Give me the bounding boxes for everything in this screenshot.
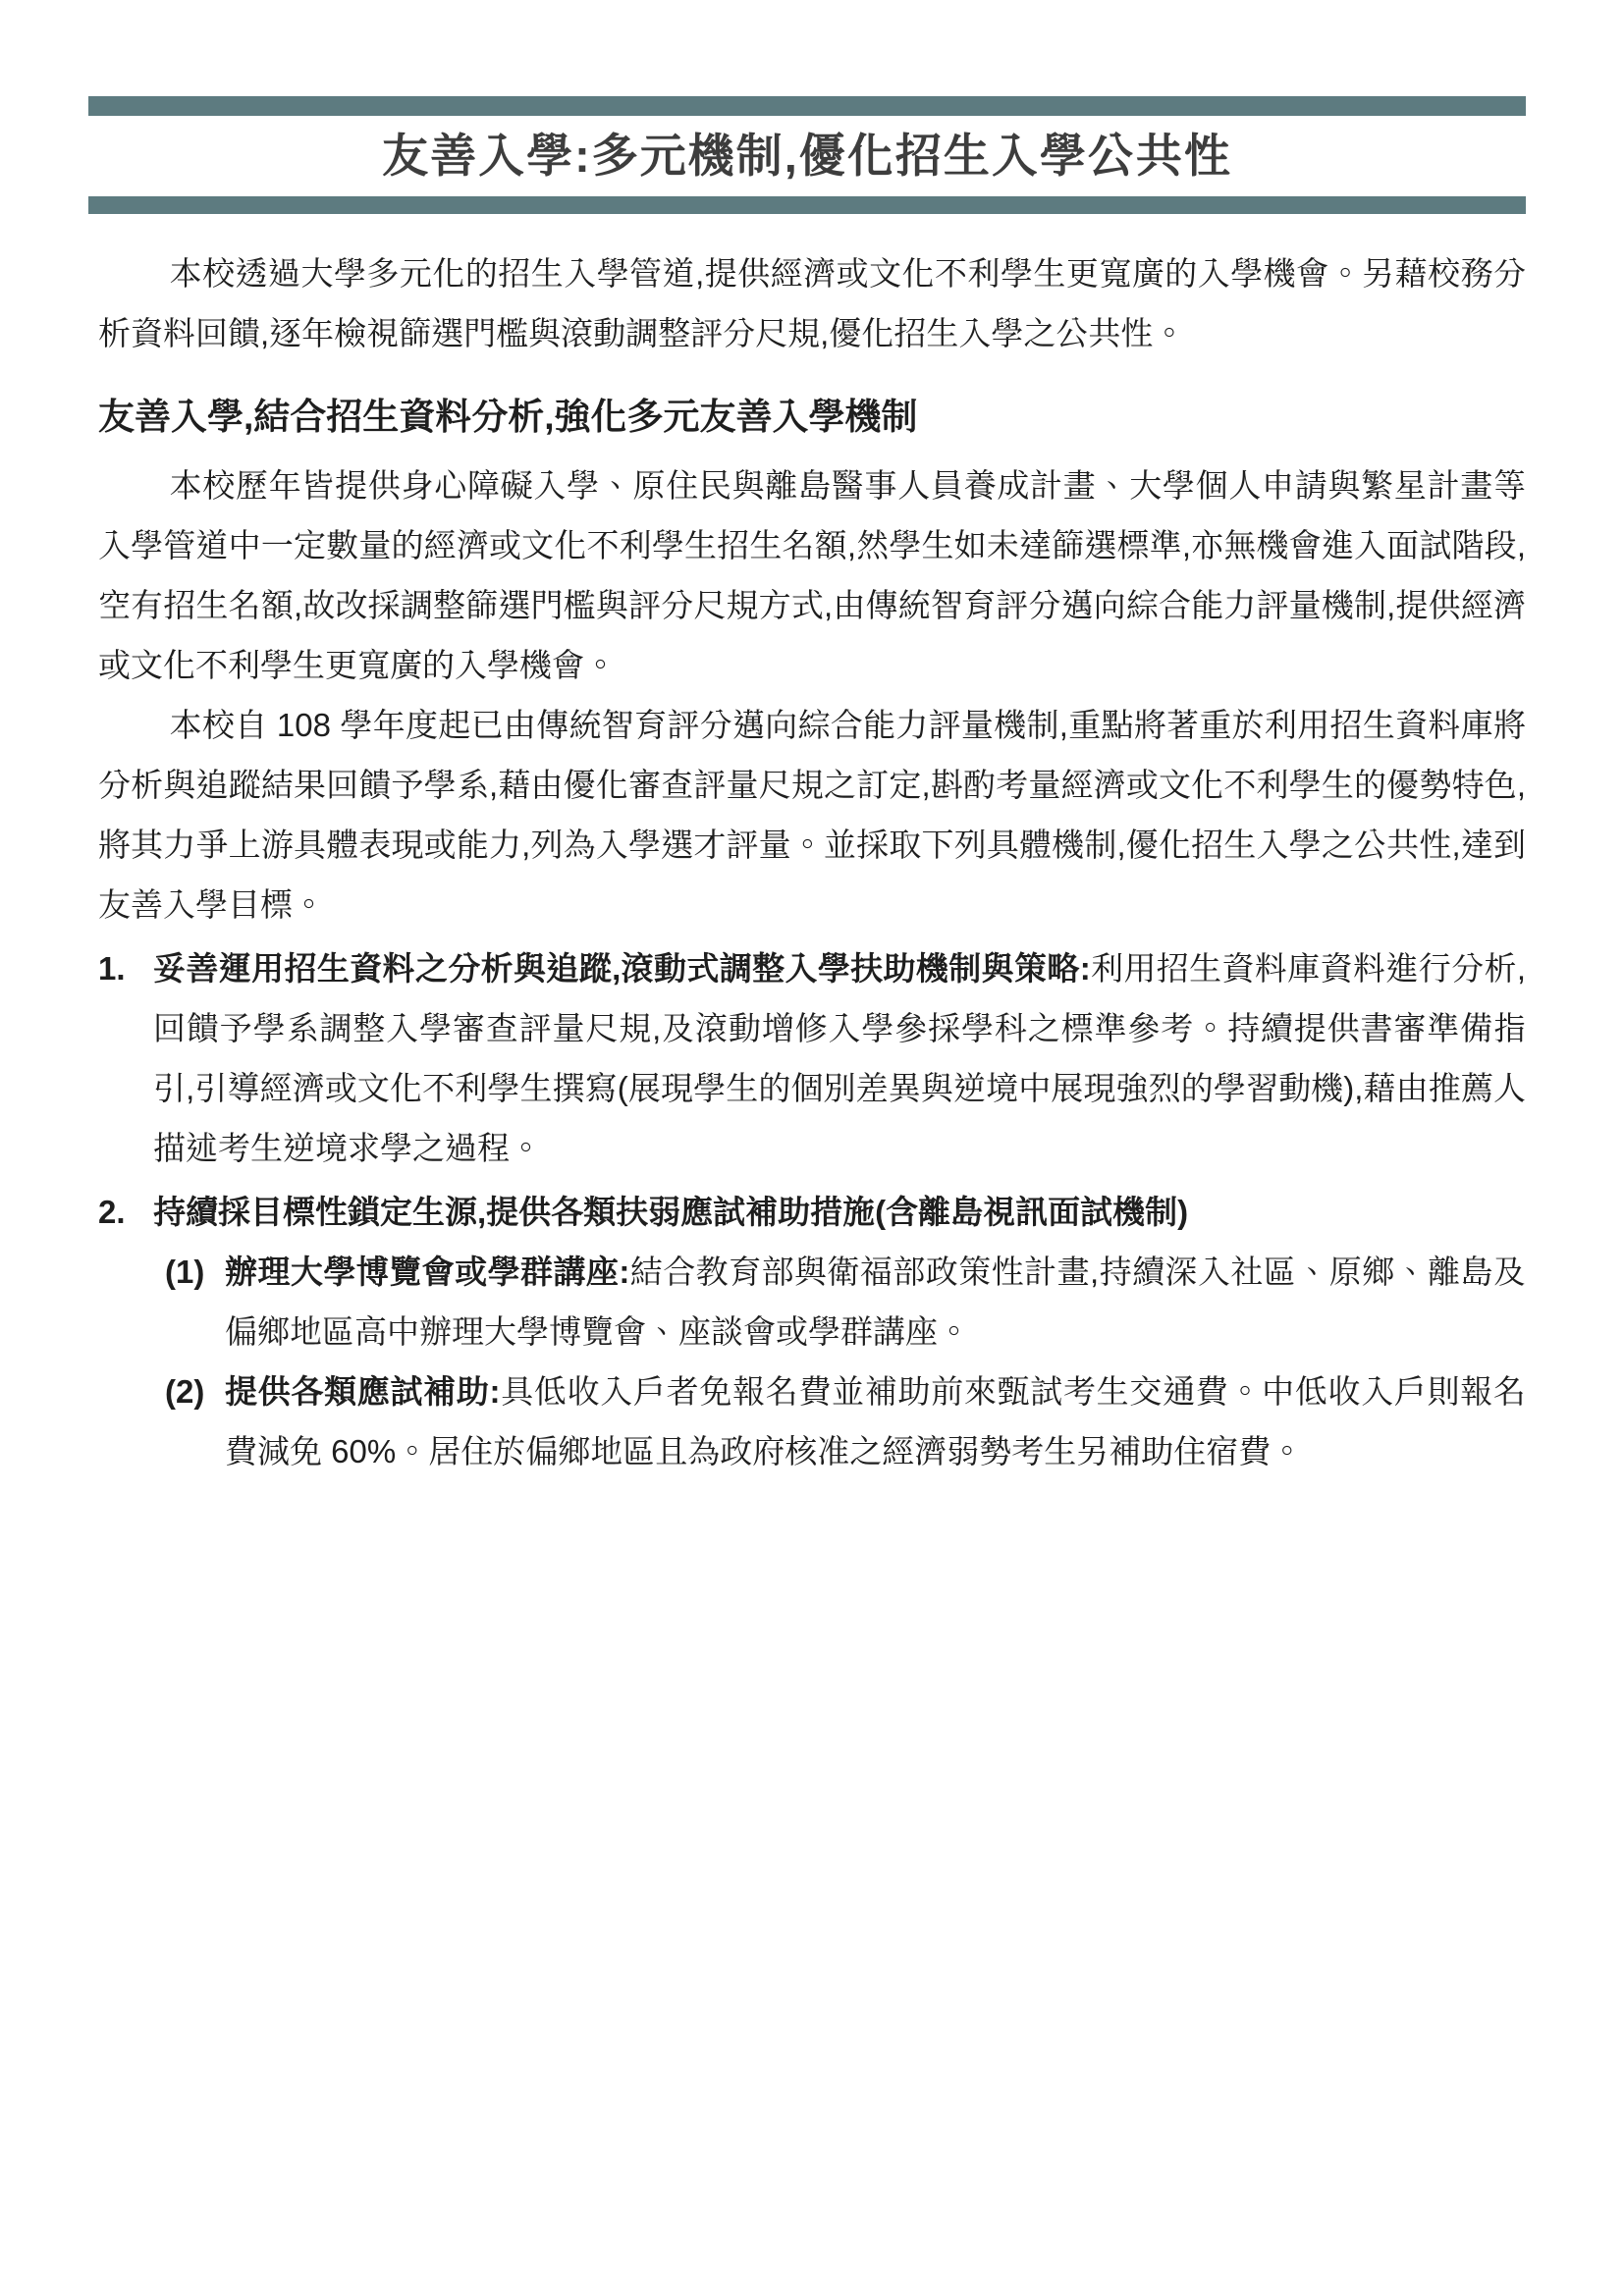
document-body: 本校透過大學多元化的招生入學管道,提供經濟或文化不利學生更寬廣的入學機會。另藉校… xyxy=(98,214,1526,1481)
sub-item-2: (2) 提供各類應試補助:具低收入戶者免報名費並補助前來甄試考生交通費。中低收入… xyxy=(98,1362,1526,1481)
section-paragraph-2: 本校自 108 學年度起已由傳統智育評分邁向綜合能力評量機制,重點將著重於利用招… xyxy=(98,695,1526,934)
page-title: 友善入學:多元機制,優化招生入學公共性 xyxy=(88,116,1526,196)
section-paragraph-1: 本校歷年皆提供身心障礙入學、原住民與離島醫事人員養成計畫、大學個人申請與繁星計畫… xyxy=(98,455,1526,695)
sub-item-1-number: (1) xyxy=(165,1242,204,1302)
section-heading: 友善入學,結合招生資料分析,強化多元友善入學機制 xyxy=(98,385,1526,450)
list-item-2: 2. 持續採目標性鎖定生源,提供各類扶弱應試補助措施(含離島視訊面試機制) xyxy=(98,1182,1526,1242)
sub-item-2-number: (2) xyxy=(165,1362,204,1421)
list-item-2-lead: 持續採目標性鎖定生源,提供各類扶弱應試補助措施(含離島視訊面試機制) xyxy=(153,1194,1188,1230)
title-banner: 友善入學:多元機制,優化招生入學公共性 xyxy=(88,96,1526,214)
list-item-1-number: 1. xyxy=(98,938,126,998)
banner-rule-top xyxy=(88,96,1526,116)
list-item-2-number: 2. xyxy=(98,1182,126,1242)
intro-paragraph: 本校透過大學多元化的招生入學管道,提供經濟或文化不利學生更寬廣的入學機會。另藉校… xyxy=(98,243,1526,363)
list-item-1: 1. 妥善運用招生資料之分析與追蹤,滾動式調整入學扶助機制與策略:利用招生資料庫… xyxy=(98,938,1526,1178)
sub-item-2-lead: 提供各類應試補助: xyxy=(225,1373,501,1410)
banner-rule-bottom xyxy=(88,196,1526,214)
document-page: 友善入學:多元機制,優化招生入學公共性 本校透過大學多元化的招生入學管道,提供經… xyxy=(0,0,1624,2296)
list-item-1-lead: 妥善運用招生資料之分析與追蹤,滾動式調整入學扶助機制與策略: xyxy=(153,950,1091,987)
sub-item-1-lead: 辦理大學博覽會或學群講座: xyxy=(225,1254,629,1290)
sub-item-1: (1) 辦理大學博覽會或學群講座:結合教育部與衛福部政策性計畫,持續深入社區、原… xyxy=(98,1242,1526,1362)
